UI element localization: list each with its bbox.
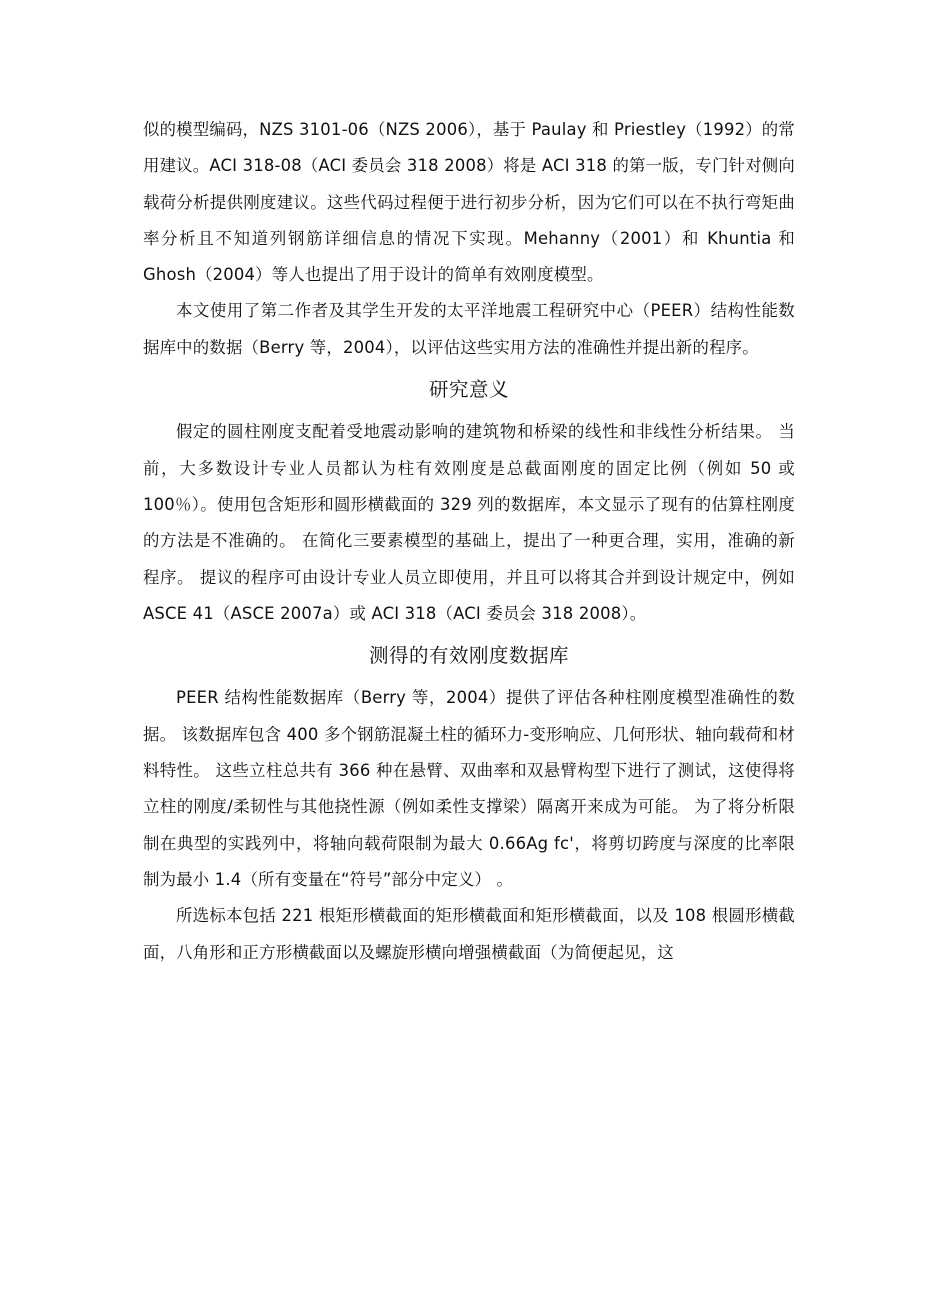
paragraph-selected-specimens: 所选标本包括 221 根矩形横截面的矩形横截面和矩形横截面，以及 108 根圆形… [143,898,795,971]
paragraph-research-significance: 假定的圆柱刚度支配着受地震动影响的建筑物和桥梁的线性和非线性分析结果。 当前，大… [143,414,795,632]
document-page: 似的模型编码，NZS 3101-06（NZS 2006），基于 Paulay 和… [143,112,795,971]
section-heading-measured-stiffness-database: 测得的有效刚度数据库 [143,638,795,674]
paragraph-database-description: PEER 结构性能数据库（Berry 等，2004）提供了评估各种柱刚度模型准确… [143,680,795,898]
paragraph-peer-database-usage: 本文使用了第二作者及其学生开发的太平洋地震工程研究中心（PEER）结构性能数据库… [143,293,795,366]
paragraph-intro-continued: 似的模型编码，NZS 3101-06（NZS 2006），基于 Paulay 和… [143,112,795,293]
section-heading-research-significance: 研究意义 [143,372,795,408]
